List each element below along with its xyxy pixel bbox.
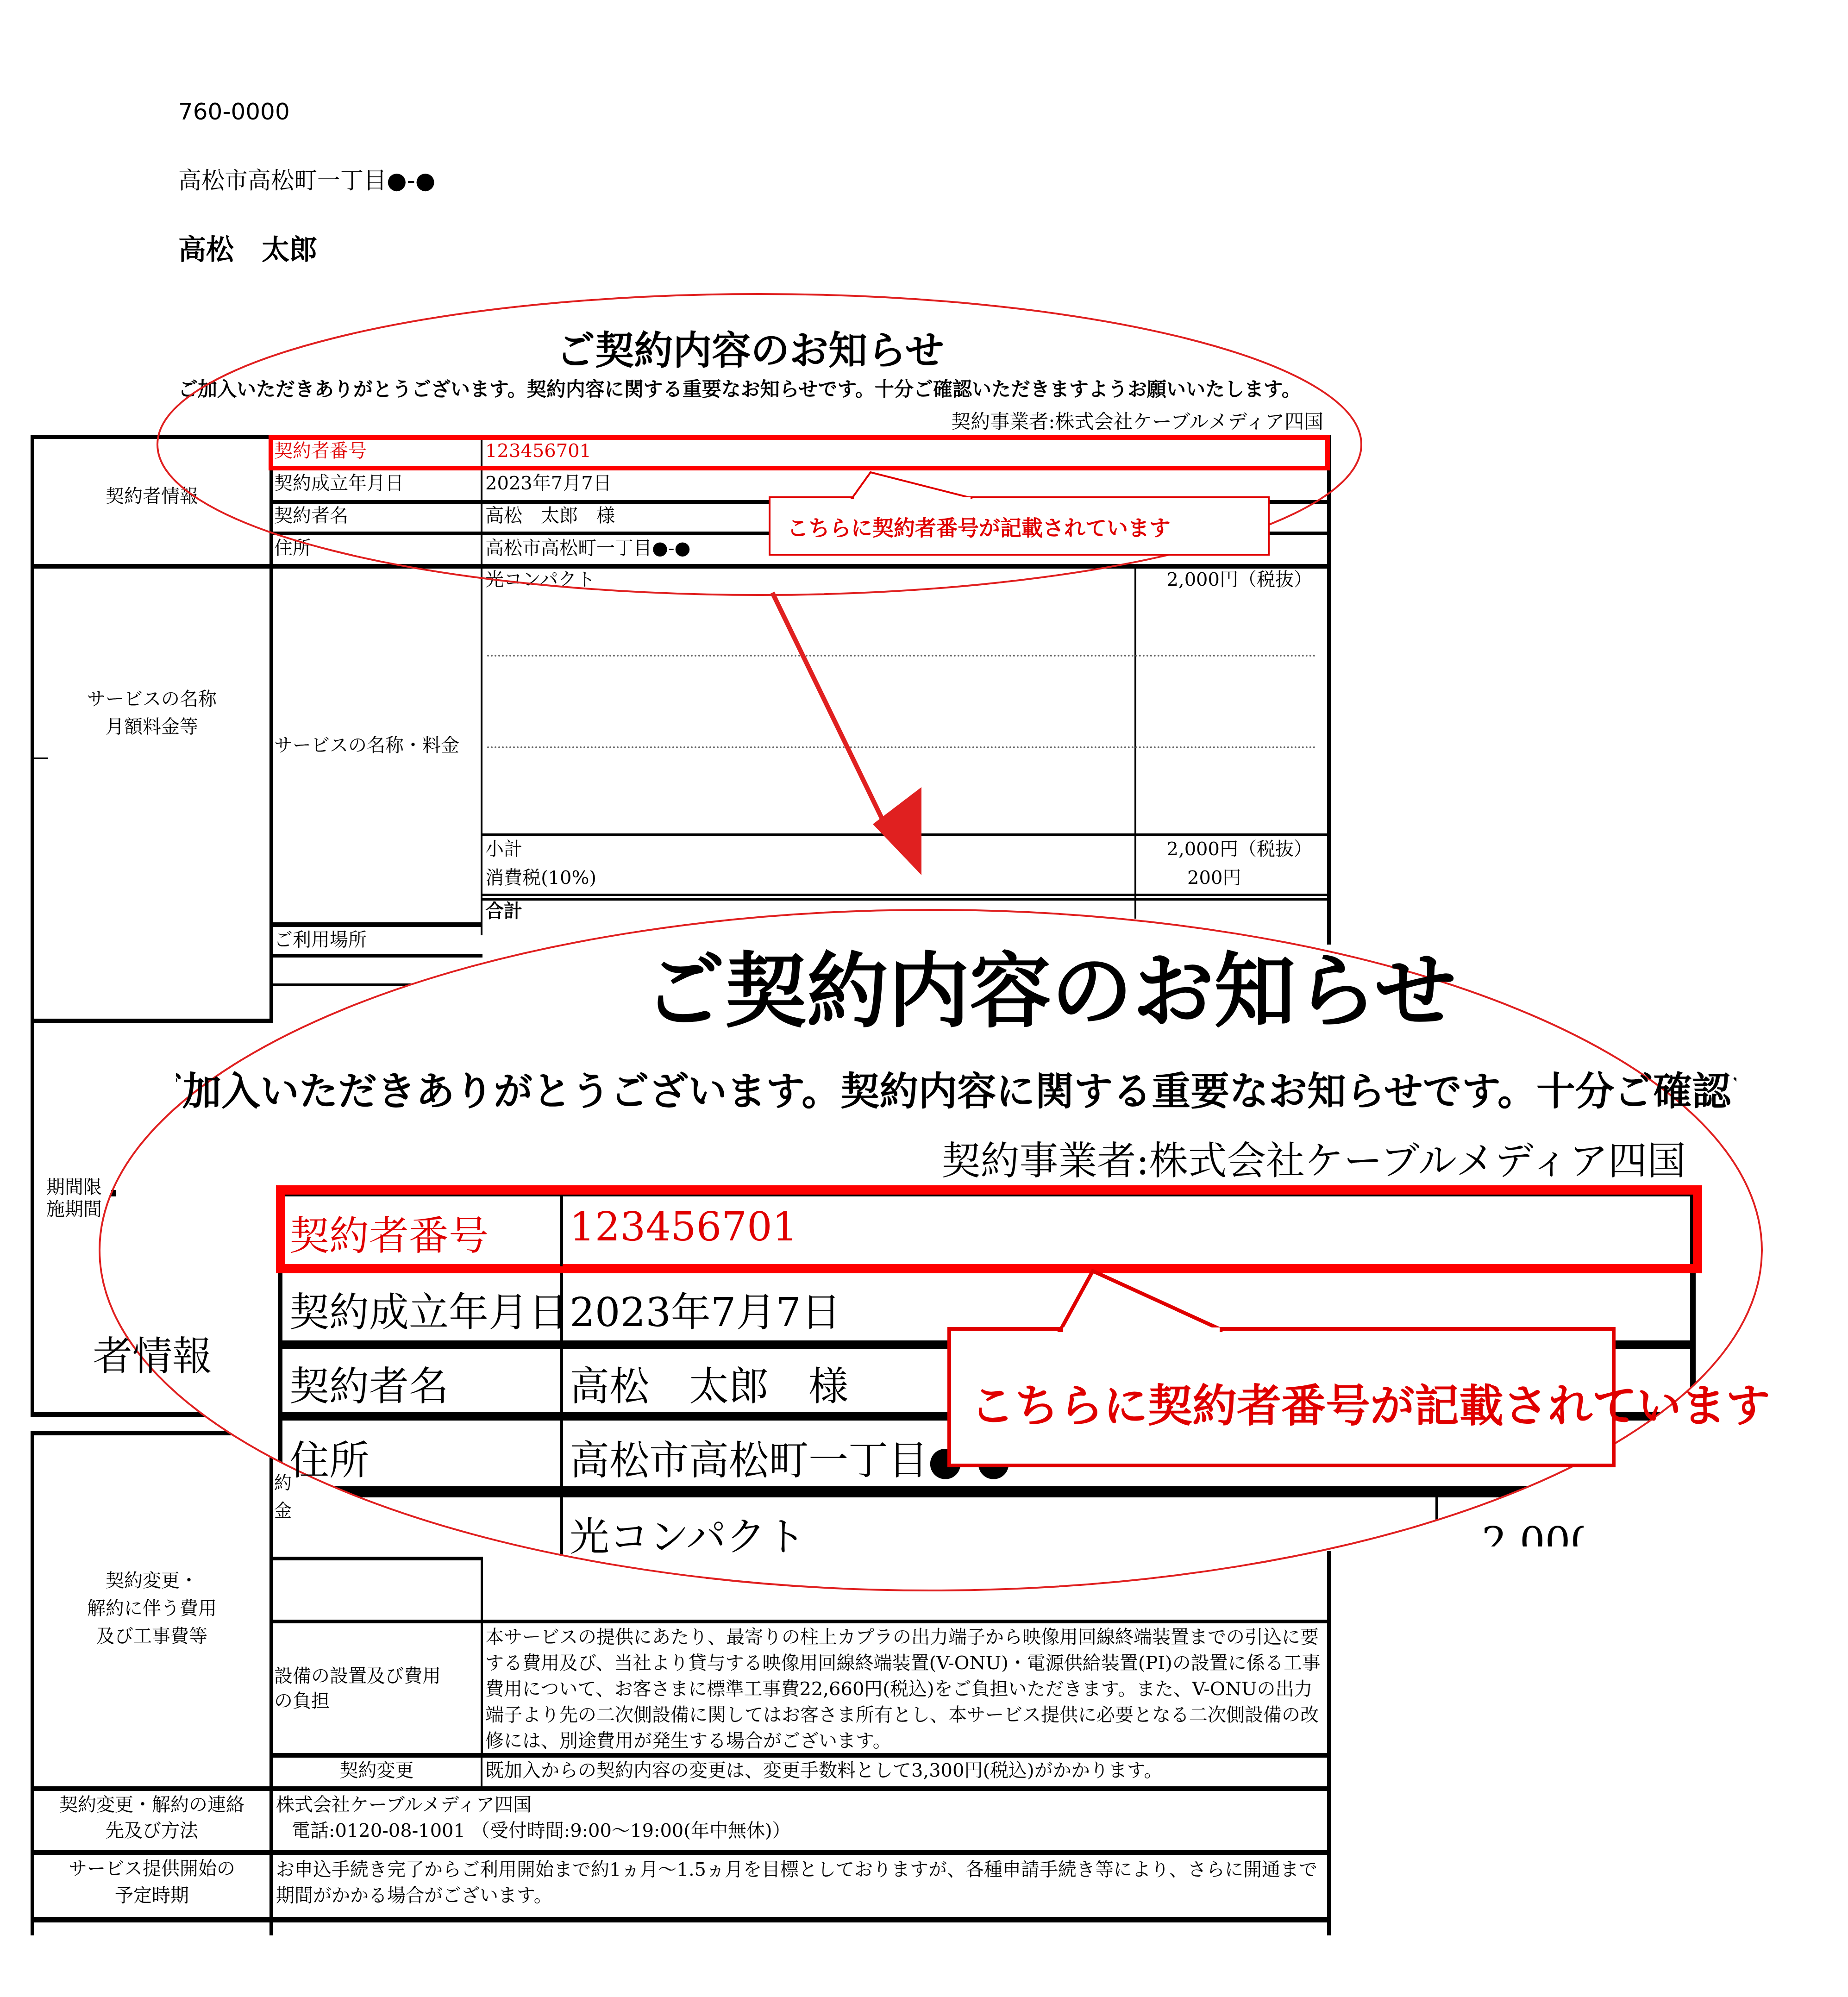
small-callout-tail xyxy=(0,0,1848,1997)
